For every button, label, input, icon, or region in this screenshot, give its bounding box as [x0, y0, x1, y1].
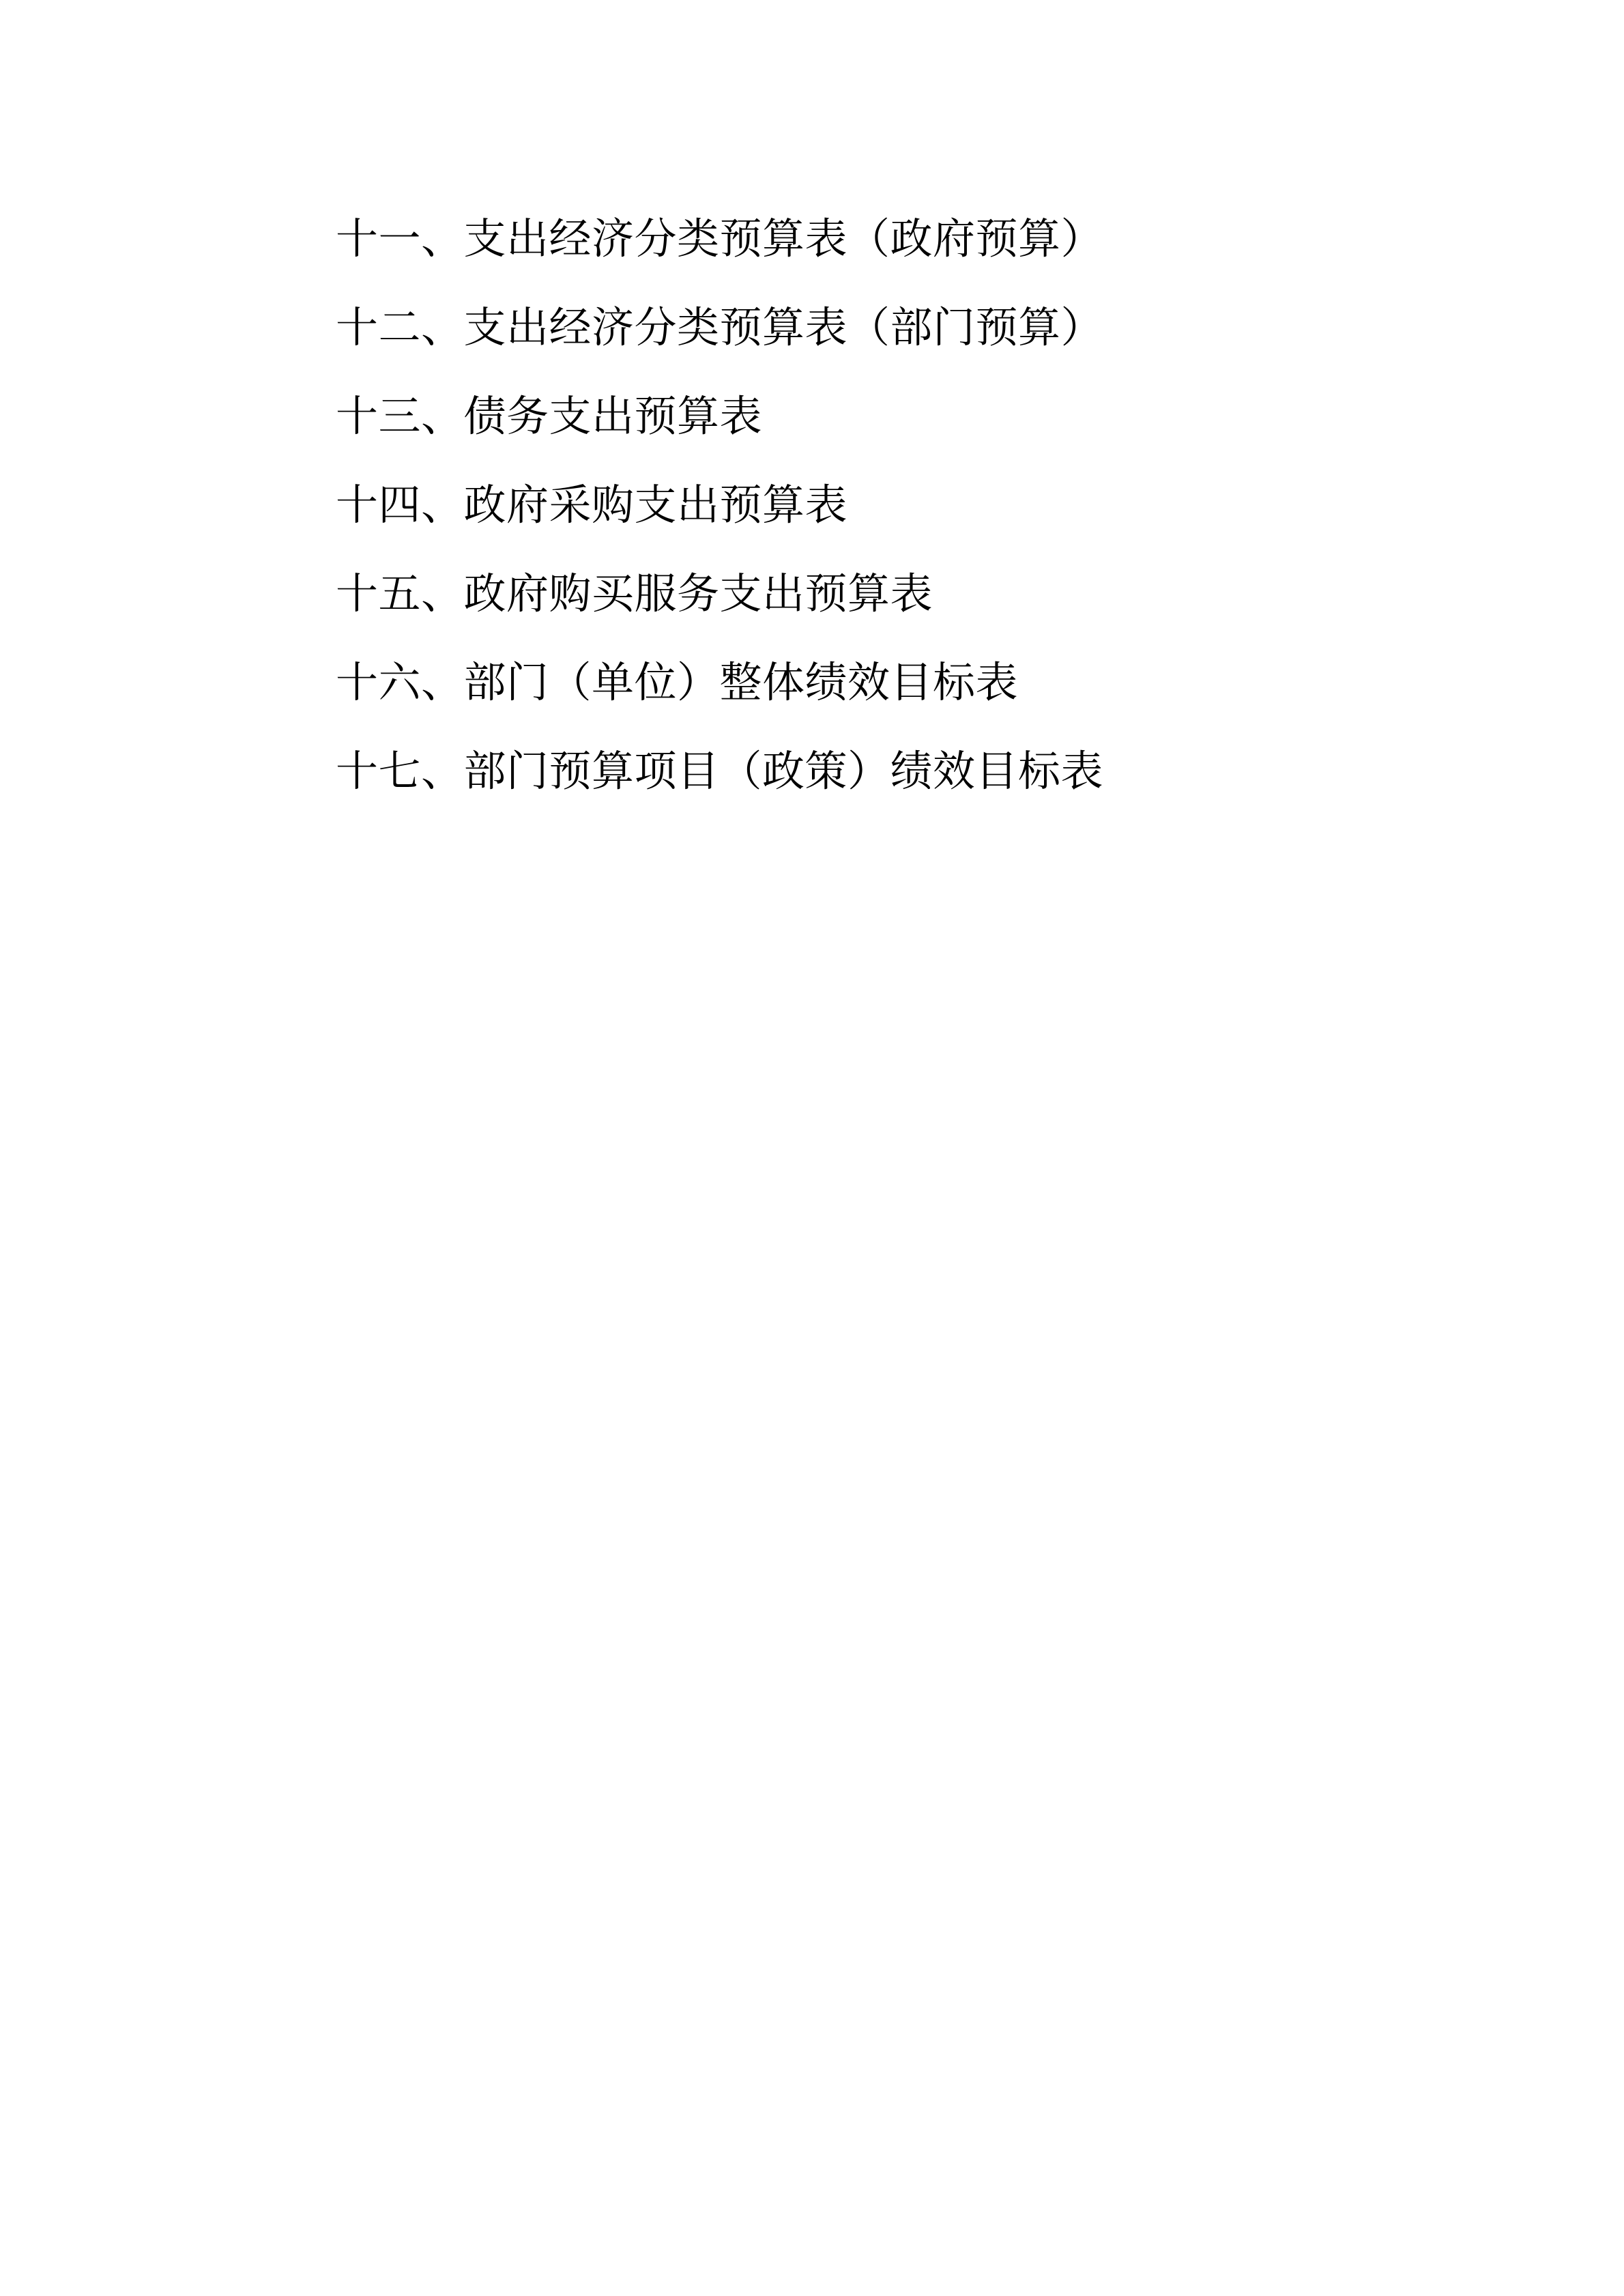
- toc-item-15: 十五、政府购买服务支出预算表: [336, 550, 1501, 639]
- toc-list: 十一、支出经济分类预算表（政府预算） 十二、支出经济分类预算表（部门预算） 十三…: [336, 195, 1501, 816]
- toc-item-13: 十三、债务支出预算表: [336, 373, 1501, 461]
- toc-item-16: 十六、部门（单位）整体绩效目标表: [336, 639, 1501, 728]
- toc-item-17: 十七、部门预算项目（政策）绩效目标表: [336, 728, 1501, 816]
- toc-item-14: 十四、政府采购支出预算表: [336, 461, 1501, 550]
- document-page: 十一、支出经济分类预算表（政府预算） 十二、支出经济分类预算表（部门预算） 十三…: [0, 0, 1624, 2296]
- toc-item-11: 十一、支出经济分类预算表（政府预算）: [336, 195, 1501, 284]
- toc-item-12: 十二、支出经济分类预算表（部门预算）: [336, 284, 1501, 373]
